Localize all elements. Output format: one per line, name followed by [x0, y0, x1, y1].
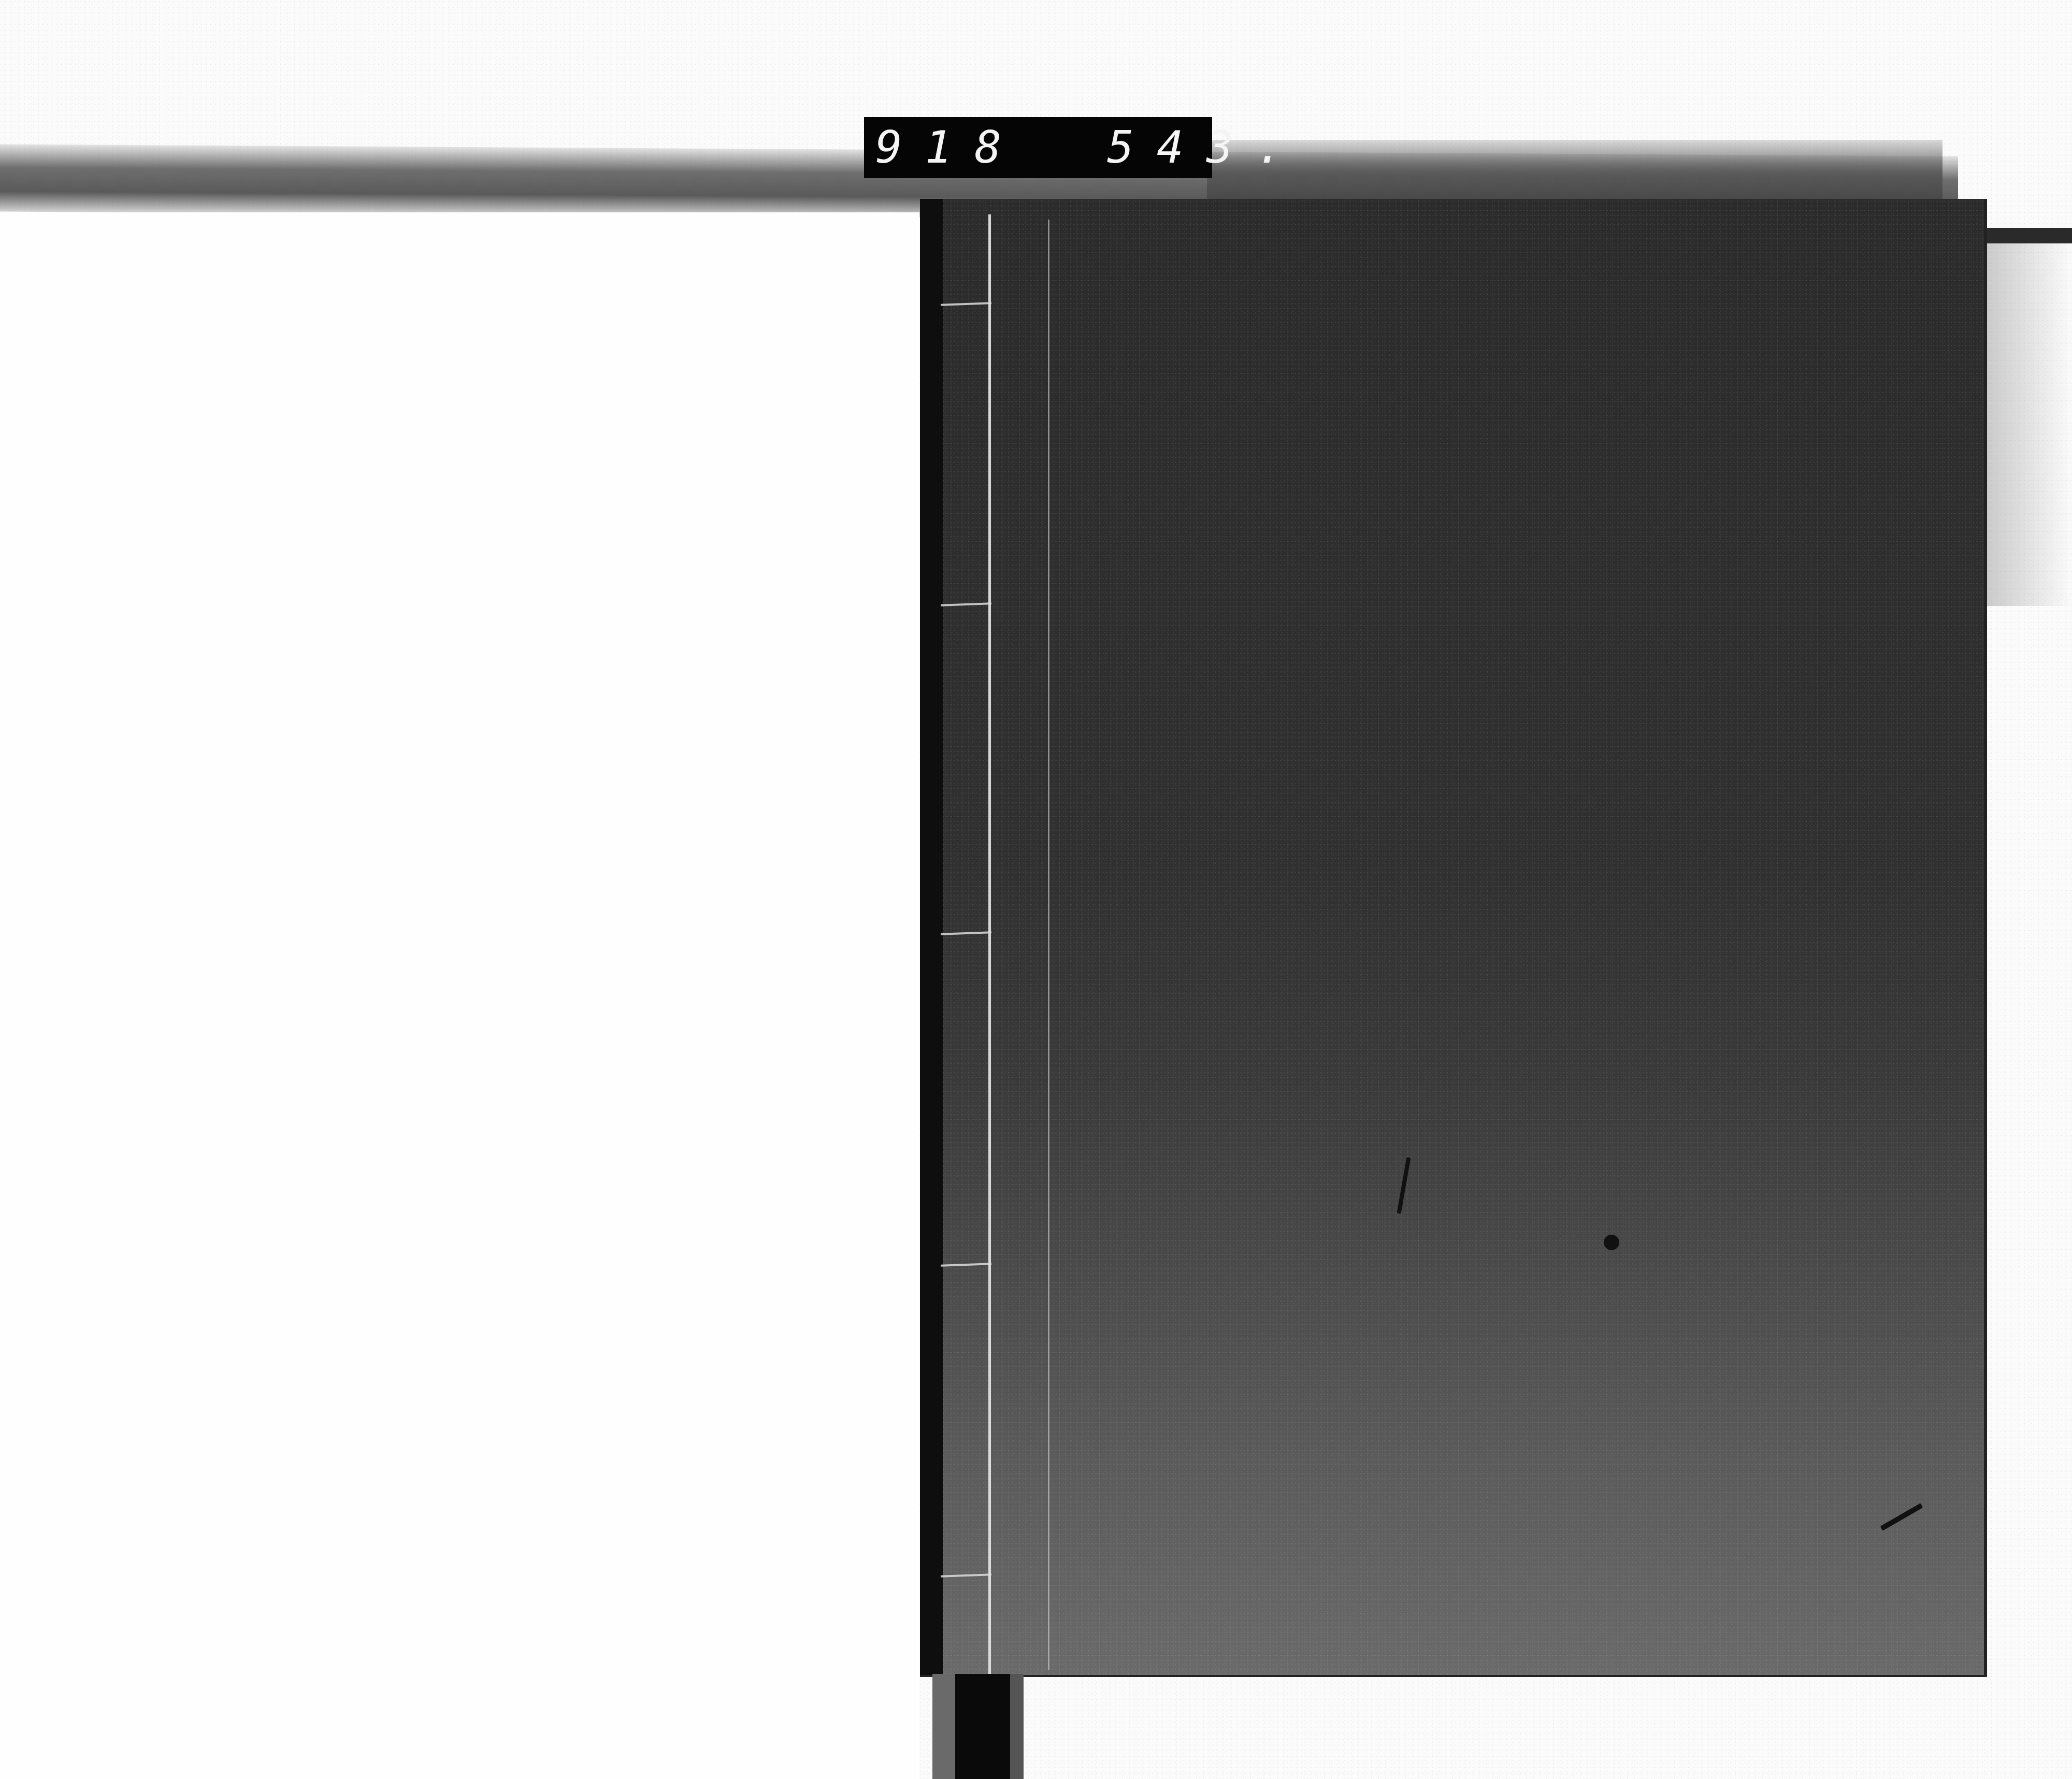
cover-texture	[920, 199, 1984, 1675]
book-cover	[920, 199, 1987, 1677]
spine-tail-strip	[932, 1674, 1024, 1779]
right-edge-shadow	[1979, 243, 2072, 606]
label-left-number: 918	[875, 122, 1024, 173]
spine-edge	[920, 199, 943, 1675]
label-right-number: 543.	[1107, 122, 1305, 173]
film-shadow-band-right	[1207, 140, 1942, 207]
right-edge-strip	[1979, 228, 2072, 243]
cover-fold-line	[1048, 220, 1049, 1670]
cover-stain	[1604, 1235, 1619, 1250]
blank-facing-page	[0, 212, 919, 1779]
film-frame-label: 918 543.	[864, 117, 1212, 178]
binding-thread-line	[988, 214, 991, 1675]
